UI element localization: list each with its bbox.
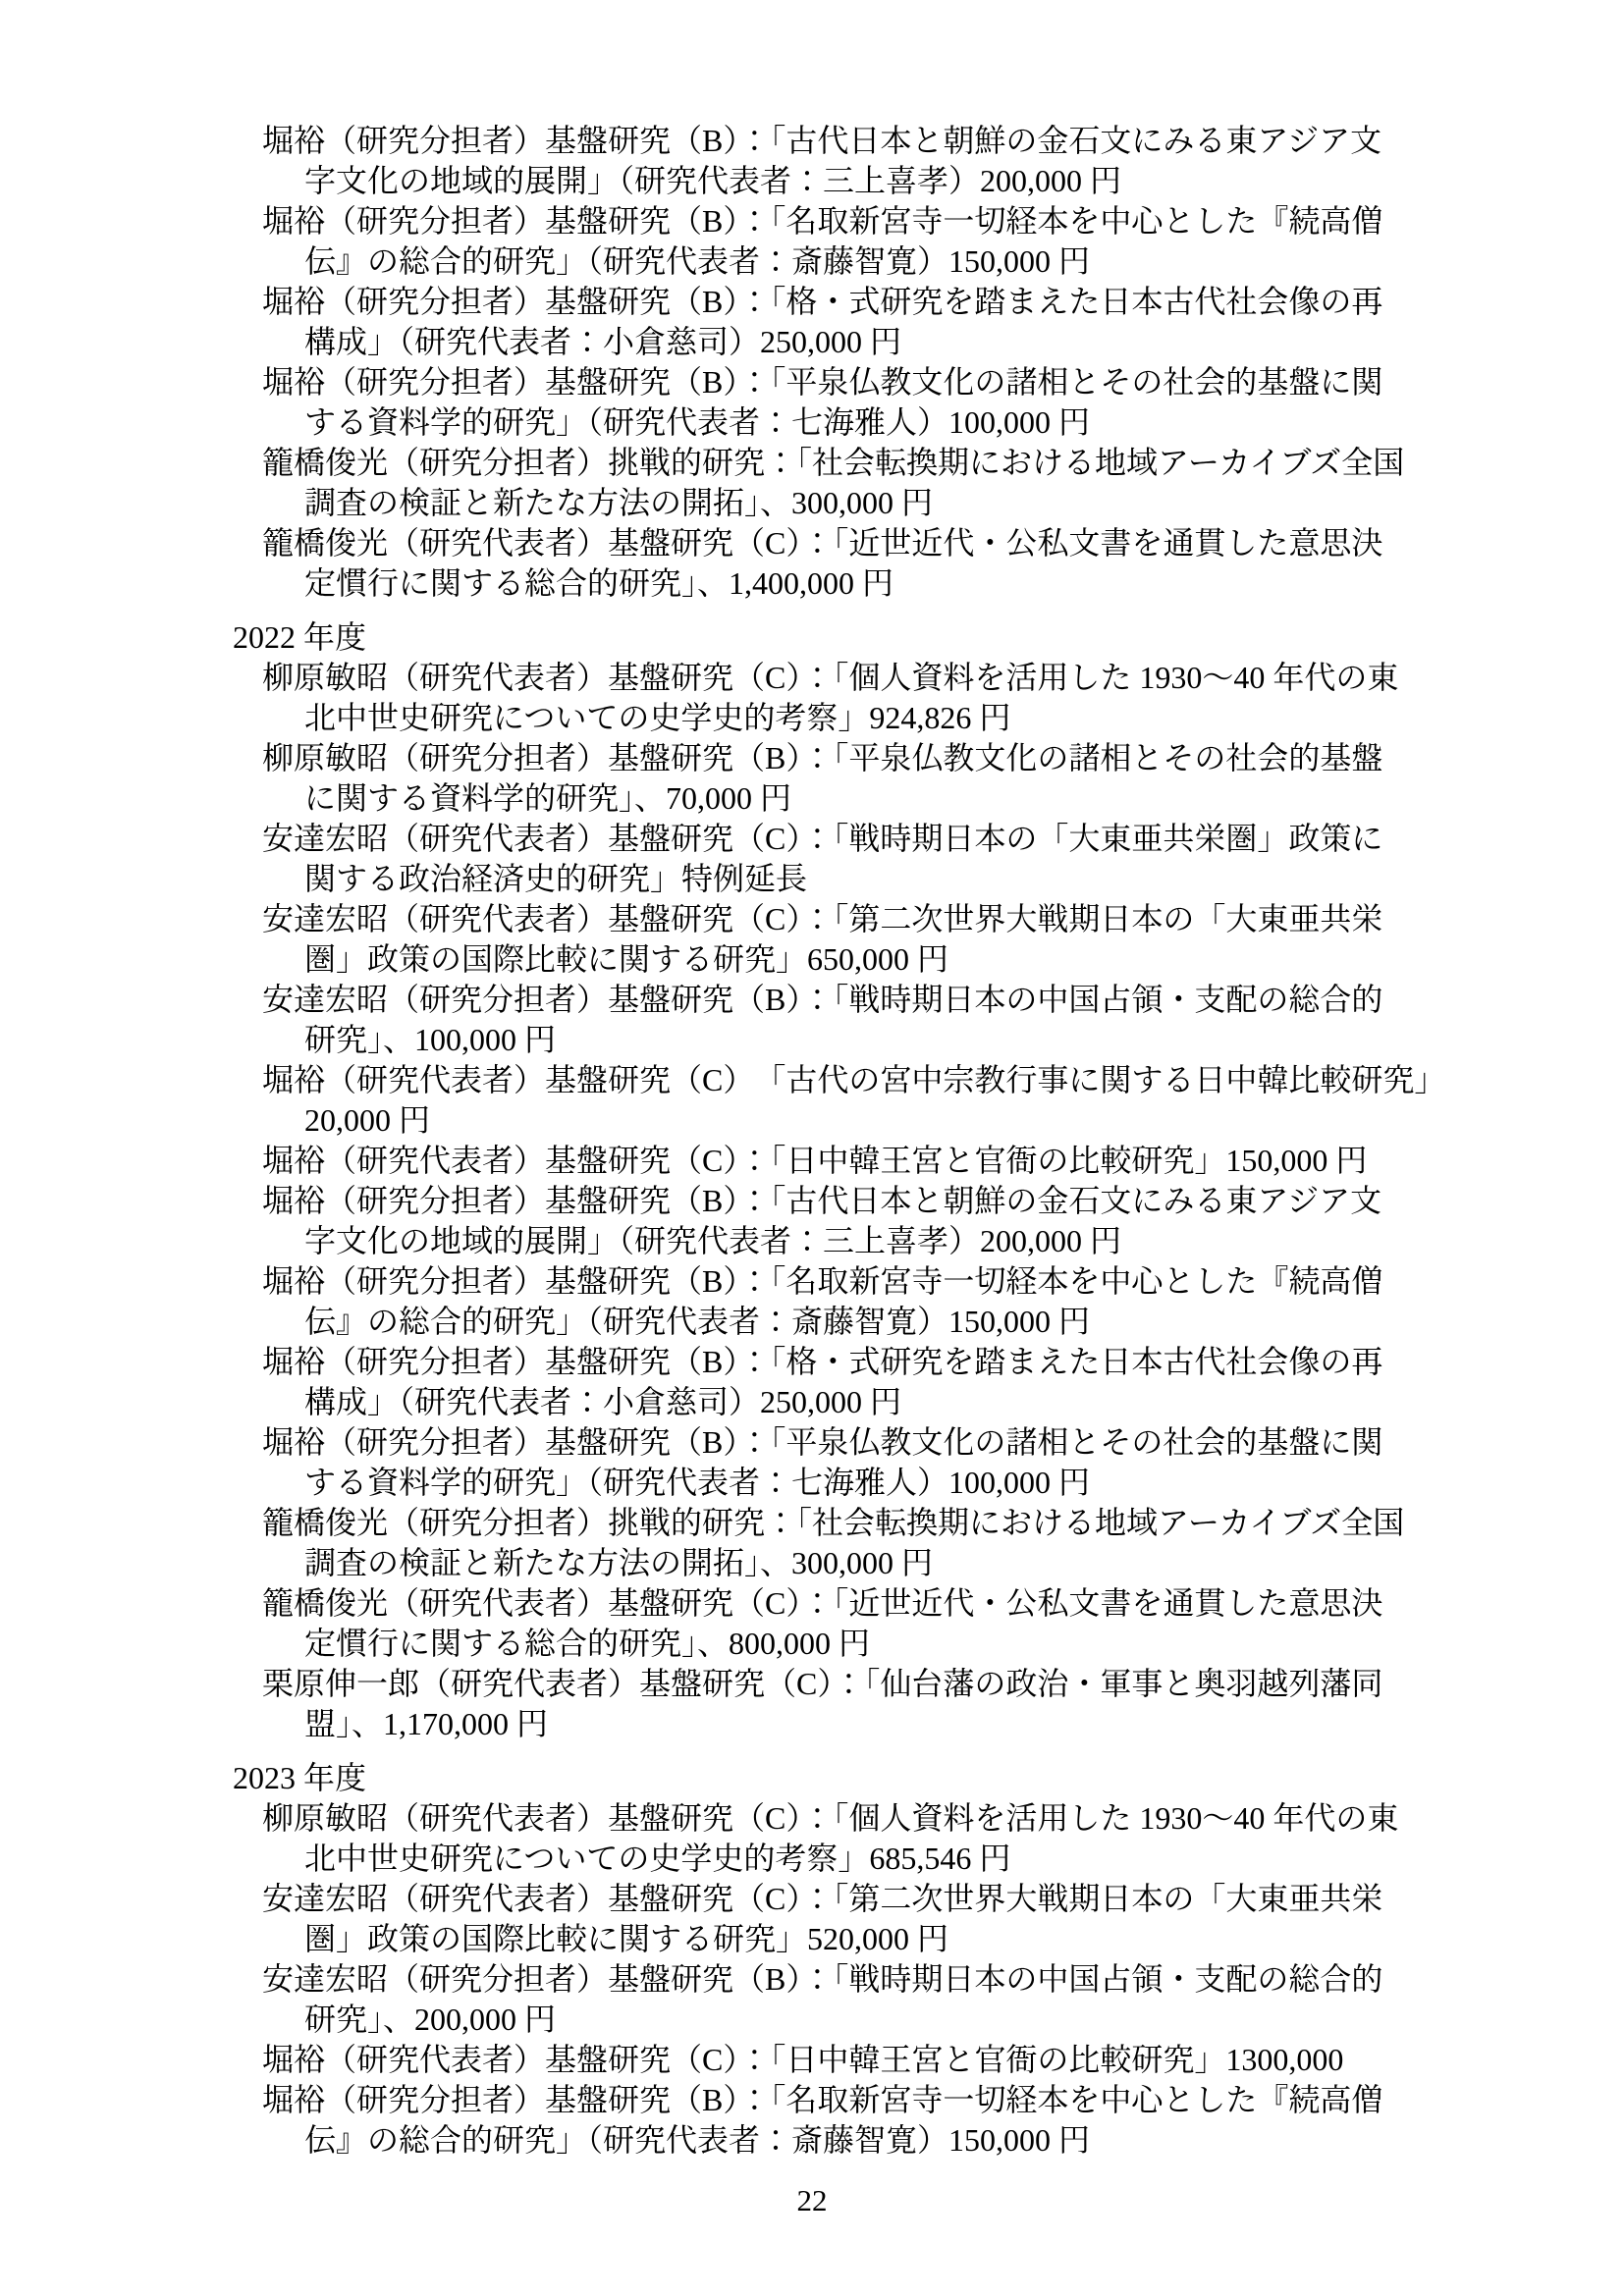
document-page: 堀裕（研究分担者）基盤研究（B）：「古代日本と朝鮮の金石文にみる東アジア文字文化… <box>0 0 1624 2296</box>
grant-item-continuation-line: 字文化の地域的展開」（研究代表者：三上喜孝）200,000 円 <box>304 161 1624 201</box>
grant-item-continuation-line: 伝』の総合的研究」（研究代表者：斎藤智寛）150,000 円 <box>304 241 1624 282</box>
grant-item-line: 安達宏昭（研究代表者）基盤研究（C）：「第二次世界大戦期日本の「大東亜共栄 <box>262 1879 1624 1919</box>
grant-item-continuation-line: 研究」、100,000 円 <box>304 1020 1624 1060</box>
grant-item-line: 堀裕（研究分担者）基盤研究（B）：「名取新宮寺一切経本を中心とした『続高僧 <box>262 2080 1624 2120</box>
grant-item-continuation-line: 圏」政策の国際比較に関する研究」650,000 円 <box>304 939 1624 980</box>
grant-item-line: 堀裕（研究分担者）基盤研究（B）：「平泉仏教文化の諸相とその社会的基盤に関 <box>262 362 1624 402</box>
grant-item-continuation-line: する資料学的研究」（研究代表者：七海雅人）100,000 円 <box>304 402 1624 443</box>
grant-item-continuation-line: 構成」（研究代表者：小倉慈司）250,000 円 <box>304 1382 1624 1422</box>
grant-item-line: 籠橋俊光（研究分担者）挑戦的研究：「社会転換期における地域アーカイブズ全国 <box>262 443 1624 483</box>
page-number: 22 <box>0 2183 1624 2218</box>
grant-item-line: 堀裕（研究分担者）基盤研究（B）：「名取新宮寺一切経本を中心とした『続高僧 <box>262 201 1624 241</box>
grant-item-continuation-line: 調査の検証と新たな方法の開拓」、300,000 円 <box>304 483 1624 523</box>
grant-item-continuation-line: する資料学的研究」（研究代表者：七海雅人）100,000 円 <box>304 1463 1624 1503</box>
grant-item-line: 籠橋俊光（研究分担者）挑戦的研究：「社会転換期における地域アーカイブズ全国 <box>262 1503 1624 1543</box>
research-funding-list: 堀裕（研究分担者）基盤研究（B）：「古代日本と朝鮮の金石文にみる東アジア文字文化… <box>0 121 1624 2161</box>
grant-item-line: 堀裕（研究代表者）基盤研究（C）：「日中韓王宮と官衙の比較研究」1300,000 <box>262 2040 1624 2080</box>
grant-item-continuation-line: 定慣行に関する総合的研究」、1,400,000 円 <box>304 563 1624 604</box>
grant-item-line: 栗原伸一郎（研究代表者）基盤研究（C）：「仙台藩の政治・軍事と奥羽越列藩同 <box>262 1664 1624 1704</box>
year-heading: 2023 年度 <box>233 1758 1624 1798</box>
grant-item-continuation-line: 伝』の総合的研究」（研究代表者：斎藤智寛）150,000 円 <box>304 2120 1624 2161</box>
grant-item-line: 柳原敏昭（研究分担者）基盤研究（B）：「平泉仏教文化の諸相とその社会的基盤 <box>262 738 1624 778</box>
grant-item-continuation-line: 北中世史研究についての史学史的考察」685,546 円 <box>304 1839 1624 1879</box>
grant-item-continuation-line: 盟」、1,170,000 円 <box>304 1704 1624 1744</box>
grant-item-continuation-line: 研究」、200,000 円 <box>304 2000 1624 2040</box>
grant-item-line: 籠橋俊光（研究代表者）基盤研究（C）：「近世近代・公私文書を通貫した意思決 <box>262 523 1624 563</box>
grant-item-continuation-line: 伝』の総合的研究」（研究代表者：斎藤智寛）150,000 円 <box>304 1302 1624 1342</box>
grant-item-continuation-line: 定慣行に関する総合的研究」、800,000 円 <box>304 1624 1624 1664</box>
grant-item-line: 堀裕（研究代表者）基盤研究（C）：「日中韓王宮と官衙の比較研究」150,000 … <box>262 1141 1624 1181</box>
grant-item-continuation-line: 北中世史研究についての史学史的考察」924,826 円 <box>304 698 1624 738</box>
grant-item-continuation-line: 調査の検証と新たな方法の開拓」、300,000 円 <box>304 1543 1624 1583</box>
grant-item-continuation-line: 圏」政策の国際比較に関する研究」520,000 円 <box>304 1919 1624 1959</box>
grant-item-line: 堀裕（研究分担者）基盤研究（B）：「格・式研究を踏まえた日本古代社会像の再 <box>262 282 1624 322</box>
grant-item-line: 堀裕（研究分担者）基盤研究（B）：「平泉仏教文化の諸相とその社会的基盤に関 <box>262 1422 1624 1463</box>
grant-item-line: 堀裕（研究分担者）基盤研究（B）：「格・式研究を踏まえた日本古代社会像の再 <box>262 1342 1624 1382</box>
grant-item-line: 籠橋俊光（研究代表者）基盤研究（C）：「近世近代・公私文書を通貫した意思決 <box>262 1583 1624 1624</box>
grant-item-line: 堀裕（研究分担者）基盤研究（B）：「古代日本と朝鮮の金石文にみる東アジア文 <box>262 1181 1624 1221</box>
grant-item-line: 安達宏昭（研究代表者）基盤研究（C）：「第二次世界大戦期日本の「大東亜共栄 <box>262 899 1624 939</box>
year-heading: 2022 年度 <box>233 617 1624 658</box>
grant-item-line: 安達宏昭（研究代表者）基盤研究（C）：「戦時期日本の「大東亜共栄圏」政策に <box>262 819 1624 859</box>
grant-item-continuation-line: 字文化の地域的展開」（研究代表者：三上喜孝）200,000 円 <box>304 1221 1624 1261</box>
grant-item-line: 柳原敏昭（研究代表者）基盤研究（C）：「個人資料を活用した 1930～40 年代… <box>262 1798 1624 1839</box>
grant-item-line: 安達宏昭（研究分担者）基盤研究（B）：「戦時期日本の中国占領・支配の総合的 <box>262 980 1624 1020</box>
grant-item-continuation-line: に関する資料学的研究」、70,000 円 <box>304 778 1624 819</box>
grant-item-line: 堀裕（研究代表者）基盤研究（C） 「古代の宮中宗教行事に関する日中韓比較研究」 <box>262 1060 1624 1100</box>
grant-item-continuation-line: 構成」（研究代表者：小倉慈司）250,000 円 <box>304 322 1624 362</box>
grant-item-line: 堀裕（研究分担者）基盤研究（B）：「古代日本と朝鮮の金石文にみる東アジア文 <box>262 121 1624 161</box>
grant-item-line: 堀裕（研究分担者）基盤研究（B）：「名取新宮寺一切経本を中心とした『続高僧 <box>262 1261 1624 1302</box>
grant-item-line: 柳原敏昭（研究代表者）基盤研究（C）：「個人資料を活用した 1930～40 年代… <box>262 658 1624 698</box>
grant-item-continuation-line: 20,000 円 <box>304 1100 1624 1141</box>
grant-item-continuation-line: 関する政治経済史的研究」特例延長 <box>304 859 1624 899</box>
grant-item-line: 安達宏昭（研究分担者）基盤研究（B）：「戦時期日本の中国占領・支配の総合的 <box>262 1959 1624 2000</box>
